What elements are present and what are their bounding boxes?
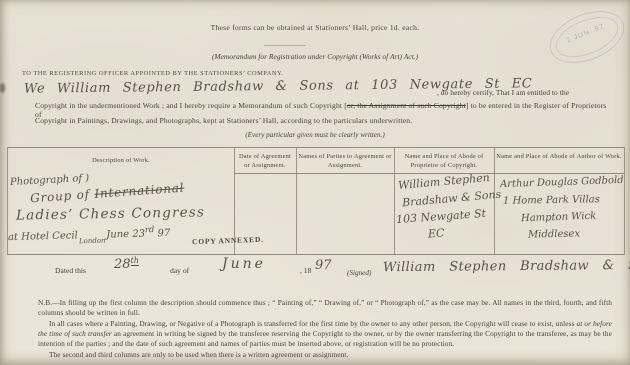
proprietor-line4: EC xyxy=(428,226,445,240)
footnote-paragraph-3: The second and third columns are only to… xyxy=(38,350,612,360)
obtain-forms-note: These forms can be obtained at Stationer… xyxy=(0,23,630,32)
date-stamp: 2 JUN. 97 xyxy=(542,1,630,73)
day-of-label: day of xyxy=(170,266,189,275)
header-date-of-agreement: Date of Agreement or Assignment. xyxy=(236,153,294,170)
footnote-block: N.B.—In filling up the first column the … xyxy=(38,298,612,360)
memorandum-subtitle: (Memorandum for Registration under Copyr… xyxy=(0,52,630,61)
dated-day-suffix: th xyxy=(131,256,139,266)
declaration-line2-pre: Copyright in the undermentioned Work ; a… xyxy=(35,101,347,110)
header-parties-to-agreement: Names of Parties to Agreement or Assignm… xyxy=(298,153,392,170)
footnote-paragraph-1: N.B.—In filling up the first column the … xyxy=(38,298,612,319)
certify-printed-text: , do hereby certify, That I am entitled … xyxy=(437,88,569,97)
author-line2: 1 Home Park Villas xyxy=(503,194,600,207)
description-london-insert: London xyxy=(79,237,106,246)
description-line4-date: June 23 xyxy=(106,229,145,241)
footnote-paragraph-2: In all cases where a Painting, Drawing, … xyxy=(38,319,612,350)
footnote-p2-pre: In all cases where a Painting, Drawing, … xyxy=(49,319,577,328)
description-line4-year: 97 xyxy=(154,228,170,239)
author-line4: Middlesex xyxy=(528,229,580,241)
column-divider xyxy=(394,148,395,254)
parties-cell xyxy=(298,178,392,248)
clearly-written-notice: (Every particular given must be clearly … xyxy=(0,131,630,139)
header-description-of-work: Description of Work. xyxy=(8,157,234,166)
dated-this-label: Dated this xyxy=(55,266,86,275)
signed-label: (Signed) xyxy=(347,269,371,277)
scan-smudge-artifact xyxy=(0,83,5,93)
dated-month-handwritten: June xyxy=(222,256,266,272)
description-line3: Ladies’ Chess Congress xyxy=(16,204,205,223)
year-printed-prefix: , 18 xyxy=(300,266,311,275)
description-line4-start: at Hotel Cecil xyxy=(8,230,78,243)
year-handwritten: 97 xyxy=(315,258,332,273)
dated-day-handwritten: 28th xyxy=(114,257,139,272)
header-proprietor-abode: Name and Place of Abode of Proprietor of… xyxy=(396,153,492,170)
header-author-abode: Name and Place of Abode of Author of Wor… xyxy=(496,153,622,162)
declaration-line2-struck-clause: or, the Assignment of such Copyright xyxy=(347,101,466,110)
addressee-line: TO THE REGISTERING OFFICER APPOINTED BY … xyxy=(22,70,283,77)
footnote-p2-post: an agreement in writing be signed by the… xyxy=(38,329,612,348)
declaration-line3: Copyright in Paintings, Drawings, and Ph… xyxy=(35,116,613,125)
divider-rule xyxy=(264,45,306,46)
copyright-registration-form: These forms can be obtained at Stationer… xyxy=(0,0,630,365)
signature-handwritten: William Stephen Bradshaw & Sons xyxy=(383,258,630,275)
column-divider xyxy=(296,148,297,254)
header-underline xyxy=(234,173,624,174)
dated-day-number: 28 xyxy=(114,257,131,272)
